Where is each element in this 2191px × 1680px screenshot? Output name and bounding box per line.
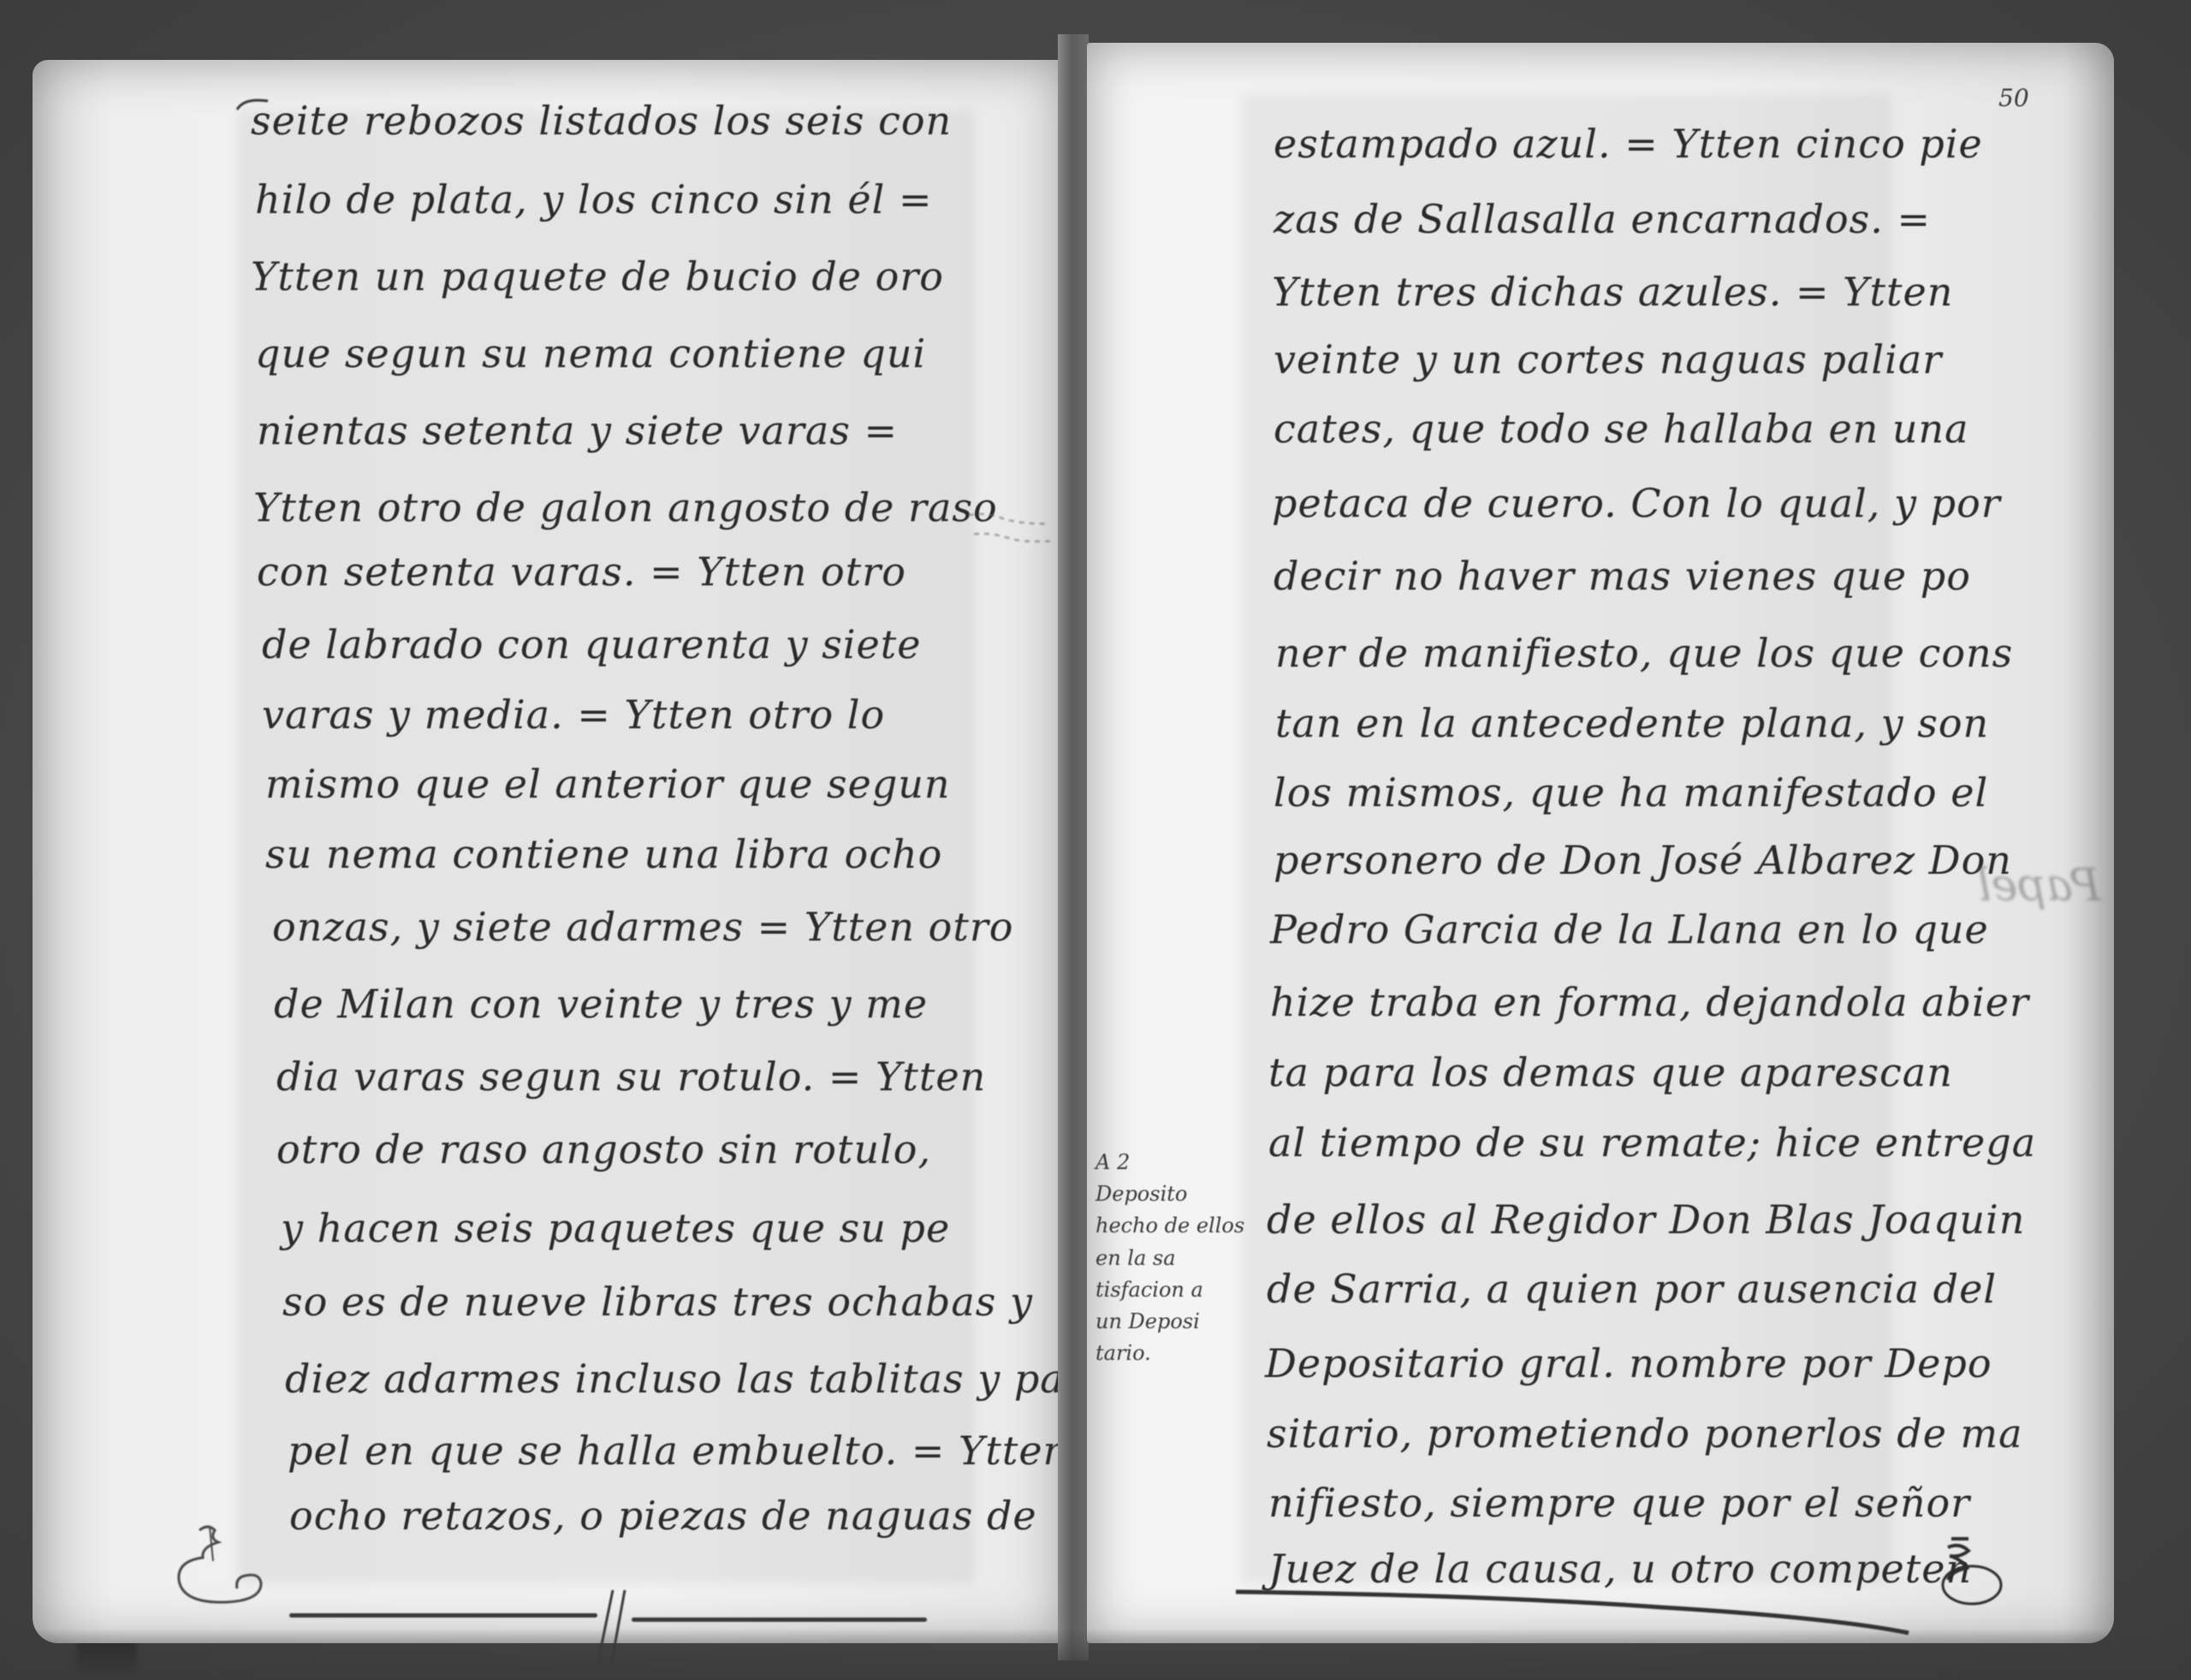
right-line-11: personero de Don José Albarez Don xyxy=(1274,840,2012,880)
left-line-4: que segun su nema contiene qui xyxy=(255,334,926,373)
right-line-14: ta para los demas que aparescan xyxy=(1268,1053,1953,1092)
right-line-10: los mismos, que ha manifestado el xyxy=(1274,773,1988,812)
scan-shadow xyxy=(0,1629,2191,1680)
right-line-18: Depositario gral. nombre por Depo xyxy=(1265,1344,1992,1383)
right-line-5: cates, que todo se hallaba en una xyxy=(1274,409,1969,448)
left-line-7: con setenta varas. = Ytten otro xyxy=(257,552,906,591)
left-line-12: onzas, y siete adarmes = Ytten otro xyxy=(272,907,1014,947)
bleed-through-text: Papel xyxy=(1977,860,2100,911)
left-line-20: ocho retazos, o piezas de naguas de xyxy=(289,1496,1037,1535)
right-line-16: de ellos al Regidor Don Blas Joaquin xyxy=(1267,1200,2025,1239)
left-line-9: varas y media. = Ytten otro lo xyxy=(262,695,885,734)
right-line-2: zas de Sallasalla encarnados. = xyxy=(1274,199,1931,239)
left-line-18: diez adarmes incluso las tablitas y pa xyxy=(285,1359,1065,1398)
left-line-13: de Milan con veinte y tres y me xyxy=(274,984,928,1024)
page-number: 50 xyxy=(1998,84,2029,112)
left-line-8: de labrado con quarenta y siete xyxy=(262,625,921,664)
right-line-17: de Sarria, a quien por ausencia del xyxy=(1267,1269,1997,1309)
closing-rule-left xyxy=(289,1613,597,1618)
right-page: 50 estampado azul. = Ytten cinco pie zas… xyxy=(1087,43,2114,1643)
right-line-6: petaca de cuero. Con lo qual, y por xyxy=(1272,484,2001,523)
right-line-12: Pedro Garcia de la Llana en lo que xyxy=(1270,910,1989,949)
closing-rule-right xyxy=(632,1618,927,1622)
left-line-11: su nema contiene una libra ocho xyxy=(265,834,942,874)
right-line-7: decir no haver mas vienes que po xyxy=(1274,556,1971,596)
right-line-9: tan en la antecedente plana, y son xyxy=(1275,703,1989,743)
margin-note: A 2 Deposito hecho de ellos en la sa tis… xyxy=(1095,1147,1244,1369)
left-line-14: dia varas segun su rotulo. = Ytten xyxy=(276,1057,986,1096)
left-line-1: seite rebozos listados los seis con xyxy=(251,101,952,140)
faint-scribble-icon xyxy=(965,505,1060,556)
right-line-1: estampado azul. = Ytten cinco pie xyxy=(1274,124,1983,163)
book-gutter xyxy=(1058,34,1089,1660)
right-line-19: sitario, prometiendo ponerlos de ma xyxy=(1267,1414,2023,1453)
right-line-4: veinte y un cortes naguas paliar xyxy=(1274,340,1942,379)
left-page: seite rebozos listados los seis con hilo… xyxy=(33,60,1064,1643)
left-line-16: y hacen seis paquetes que su pe xyxy=(281,1208,950,1248)
left-line-17: so es de nueve libras tres ochabas y xyxy=(282,1282,1033,1321)
right-line-8: ner de manifiesto, que los que cons xyxy=(1275,633,2013,673)
left-line-10: mismo que el anterior que segun xyxy=(265,764,951,804)
left-line-3: Ytten un paquete de bucio de oro xyxy=(251,257,944,296)
left-line-19: pel en que se halla embuelto. = Ytten xyxy=(288,1431,1069,1470)
left-line-15: otro de raso angosto sin rotulo, xyxy=(276,1130,931,1169)
left-line-6: Ytten otro de galon angosto de raso xyxy=(253,488,998,527)
right-line-15: al tiempo de su remate; hice entrega xyxy=(1268,1123,2036,1162)
signature-rubric-icon xyxy=(157,1515,276,1609)
right-line-20: nifiesto, siempre que por el señor xyxy=(1268,1483,1970,1523)
right-line-13: hize traba en forma, dejandola abier xyxy=(1270,982,2029,1022)
left-line-5: nientas setenta y siete varas = xyxy=(257,411,898,450)
left-line-2: hilo de plata, y los cinco sin él = xyxy=(255,180,932,219)
right-line-3: Ytten tres dichas azules. = Ytten xyxy=(1272,272,1953,312)
